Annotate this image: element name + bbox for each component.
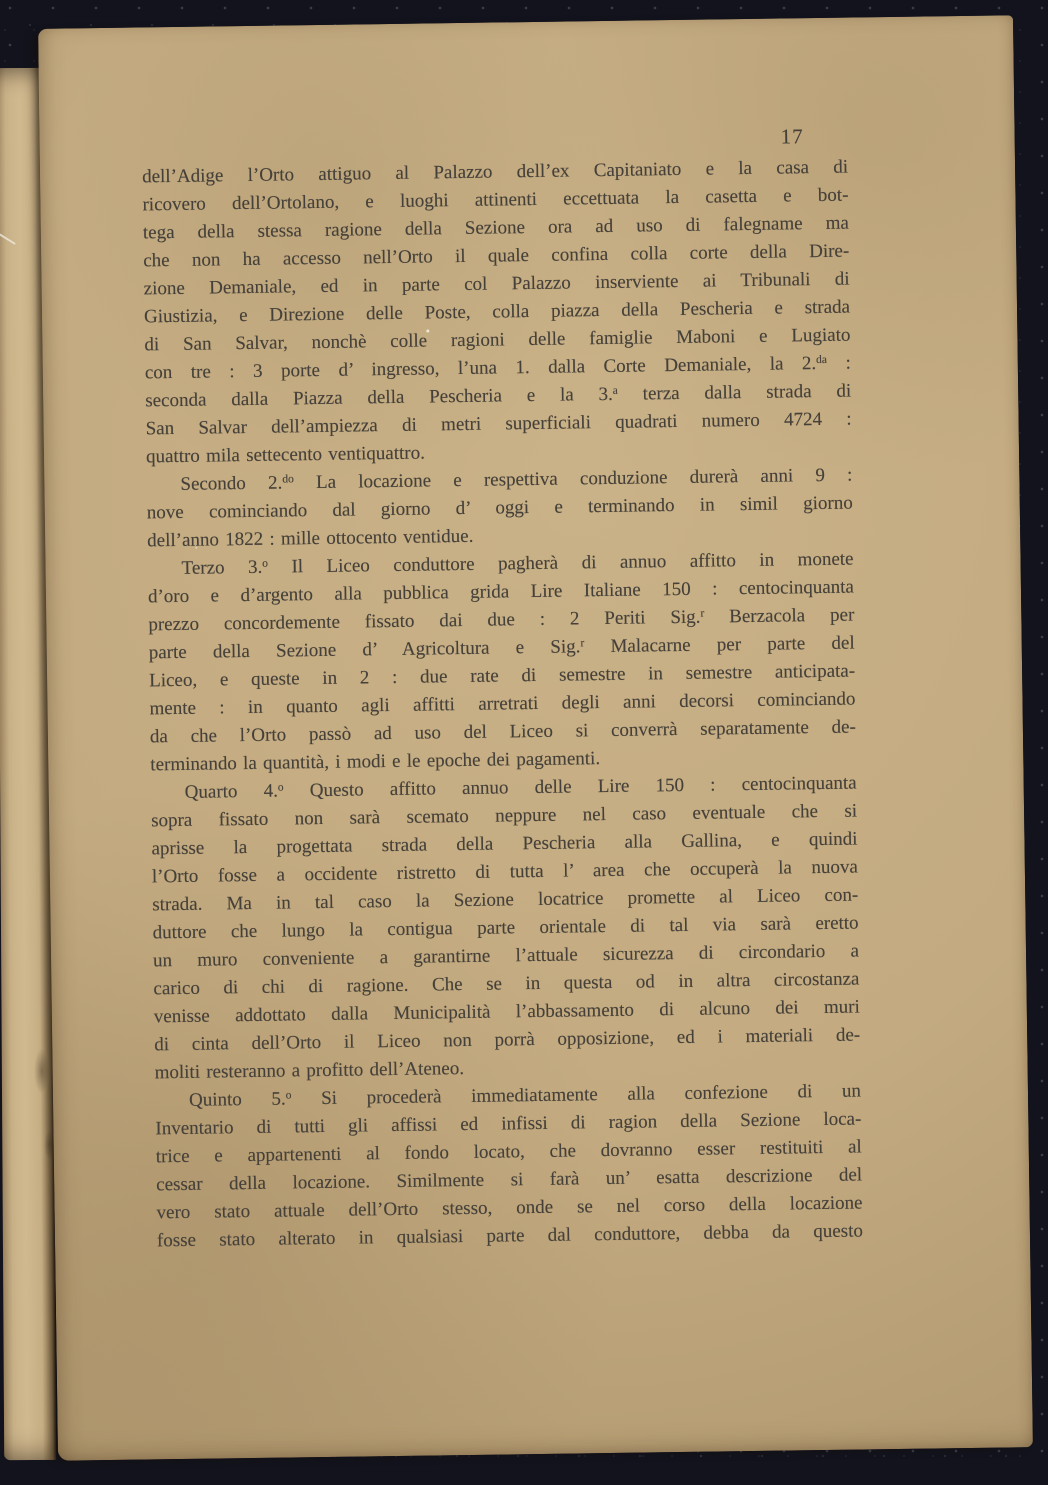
paragraph: Quarto 4.o Questo affitto annuo delle Li… [151, 770, 861, 1088]
paper-scratch [0, 233, 16, 245]
page-text-block: 17 dell’Adige l’Orto attiguo al Palazzo … [142, 124, 864, 1256]
paper-smudge [34, 1048, 49, 1094]
paragraph: Secondo 2.do La locazione e respettiva c… [146, 462, 853, 556]
paragraph: Quinto 5.o Si procederà immediatamente a… [155, 1077, 863, 1255]
book-page: 17 dell’Adige l’Orto attiguo al Palazzo … [38, 15, 1033, 1460]
paragraph: Terzo 3.o Il Liceo conduttore pagherà di… [147, 546, 856, 780]
scan-background: 17 dell’Adige l’Orto attiguo al Palazzo … [0, 0, 1048, 1485]
paragraph: dell’Adige l’Orto attiguo al Palazzo del… [142, 154, 852, 472]
